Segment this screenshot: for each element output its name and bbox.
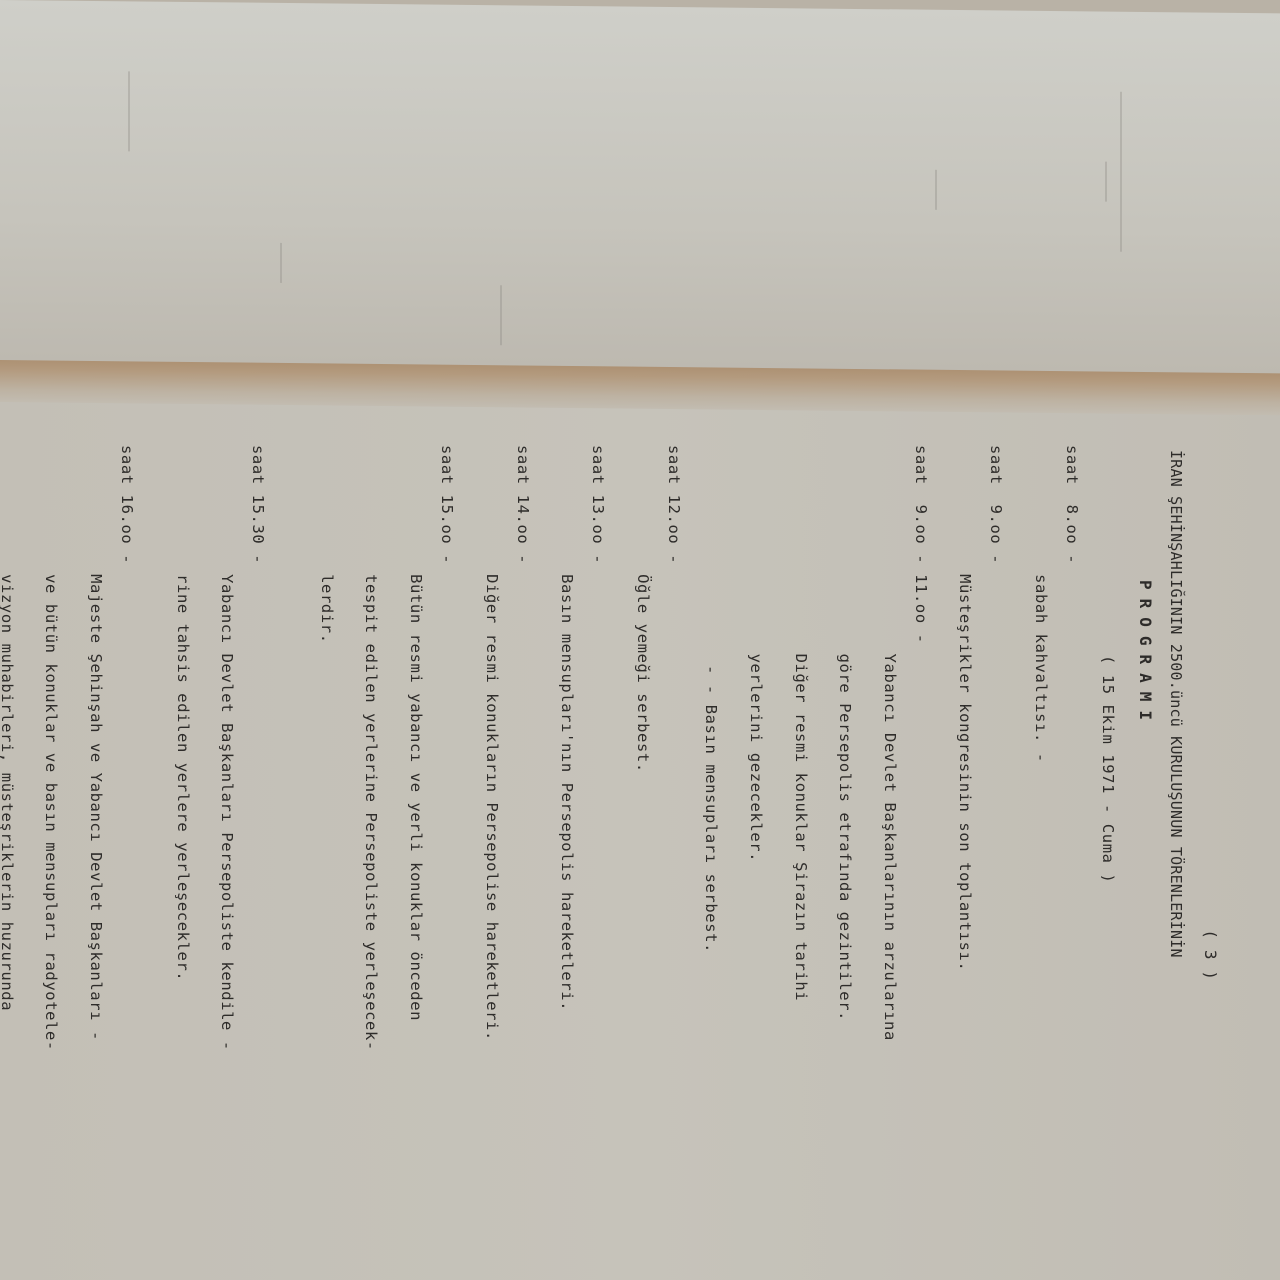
- entry-text: Diğer resmi konukların Persepolise harek…: [484, 574, 498, 1235]
- entry-text: Diğer resmi konuklar Şirazın tarihi: [793, 654, 807, 1235]
- entry-text: Bütün resmi yabancı ve yerli konuklar ön…: [408, 574, 422, 1235]
- show-through-mark: [1120, 92, 1122, 252]
- photo-scene: ( 3 ) İRAN ŞEHİNŞAHLIĞININ 2500.üncü KUR…: [0, 0, 1280, 1280]
- entry-text: vizyon muhabirleri, müsteşriklerin huzur…: [0, 574, 13, 1235]
- entry-time: saat 15.oo -: [439, 445, 453, 574]
- document-subtitle: PROGRAMI: [1135, 445, 1155, 1235]
- date-line: ( 15 Ekim 1971 - Cuma ): [1098, 445, 1118, 1235]
- schedule-entry: saat 8.oo - sabah kahvaltısı. -: [1002, 445, 1078, 1235]
- entry-time: saat 13.oo -: [591, 445, 605, 574]
- entry-time: saat 8.oo -: [1064, 445, 1078, 574]
- show-through-mark: [128, 71, 130, 151]
- schedule-entry: saat 9.oo - 11.oo - Yabancı Devlet Başka…: [717, 445, 926, 1235]
- typewritten-document: ( 3 ) İRAN ŞEHİNŞAHLIĞININ 2500.üncü KUR…: [215, 445, 1225, 1235]
- entry-time: saat 16.oo -: [120, 445, 134, 574]
- schedule-entry: saat 9.oo - Müsteşrikler kongresinin son…: [927, 445, 1003, 1235]
- show-through-mark: [935, 170, 937, 210]
- press-note: - - Basın mensupları serbest.: [704, 445, 718, 1235]
- document-title: İRAN ŞEHİNŞAHLIĞININ 2500.üncü KURULUŞUN…: [1165, 445, 1187, 1235]
- schedule-entry: saat 15.oo - Bütün resmi yabancı ve yerl…: [288, 445, 453, 1235]
- entry-text: Müsteşrikler kongresinin son toplantısı.: [958, 574, 972, 1235]
- entry-text: lerdir.: [319, 574, 333, 1235]
- schedule: saat 8.oo - sabah kahvaltısı. - saat 9.o…: [0, 445, 1078, 1235]
- entry-text: Basın mensupları'nın Persepolis hareketl…: [560, 574, 574, 1235]
- entry-text: Öğle yemeği serbest.: [635, 574, 649, 1235]
- schedule-entry: saat 15.30 - Yabancı Devlet Başkanları P…: [144, 445, 264, 1235]
- page-number: ( 3 ): [1195, 445, 1225, 1235]
- previous-page-faded: [0, 0, 1280, 373]
- schedule-entry: saat 14.oo - Diğer resmi konukların Pers…: [453, 445, 529, 1235]
- entry-time: saat 14.oo -: [515, 445, 529, 574]
- schedule-entry: saat 12.oo - Öğle yemeği serbest.: [604, 445, 680, 1235]
- schedule-entry: saat 13.oo - Basın mensupları'nın Persep…: [529, 445, 605, 1235]
- entry-text: yerlerini gezecekler.: [748, 654, 762, 1235]
- entry-text: göre Persepolis etrafında gezintiler.: [838, 654, 852, 1235]
- entry-text: Yabancı Devlet Başkanları Persepoliste k…: [220, 574, 234, 1235]
- entry-text: sabah kahvaltısı. -: [1033, 574, 1047, 1235]
- show-through-mark: [500, 285, 502, 345]
- entry-text: Yabancı Devlet Başkanlarının arzularına: [882, 654, 896, 1235]
- entry-text: Majeste Şehinşah ve Yabancı Devlet Başka…: [89, 574, 103, 1235]
- entry-time: saat 15.30 -: [251, 445, 265, 574]
- show-through-mark: [1105, 162, 1107, 202]
- entry-text: rine tahsis edilen yerlere yerleşecekler…: [175, 574, 189, 1235]
- show-through-mark: [280, 243, 282, 283]
- entry-text: ve bütün konuklar ve basın mensupları ra…: [44, 574, 58, 1235]
- entry-text: tespit edilen yerlerine Persepoliste yer…: [364, 574, 378, 1235]
- schedule-entry: saat 16.oo - Majeste Şehinşah ve Yabancı…: [0, 445, 133, 1235]
- entry-time: saat 12.oo -: [666, 445, 680, 574]
- entry-time: saat 9.oo - 11.oo -: [913, 445, 927, 654]
- entry-time: saat 9.oo -: [989, 445, 1003, 574]
